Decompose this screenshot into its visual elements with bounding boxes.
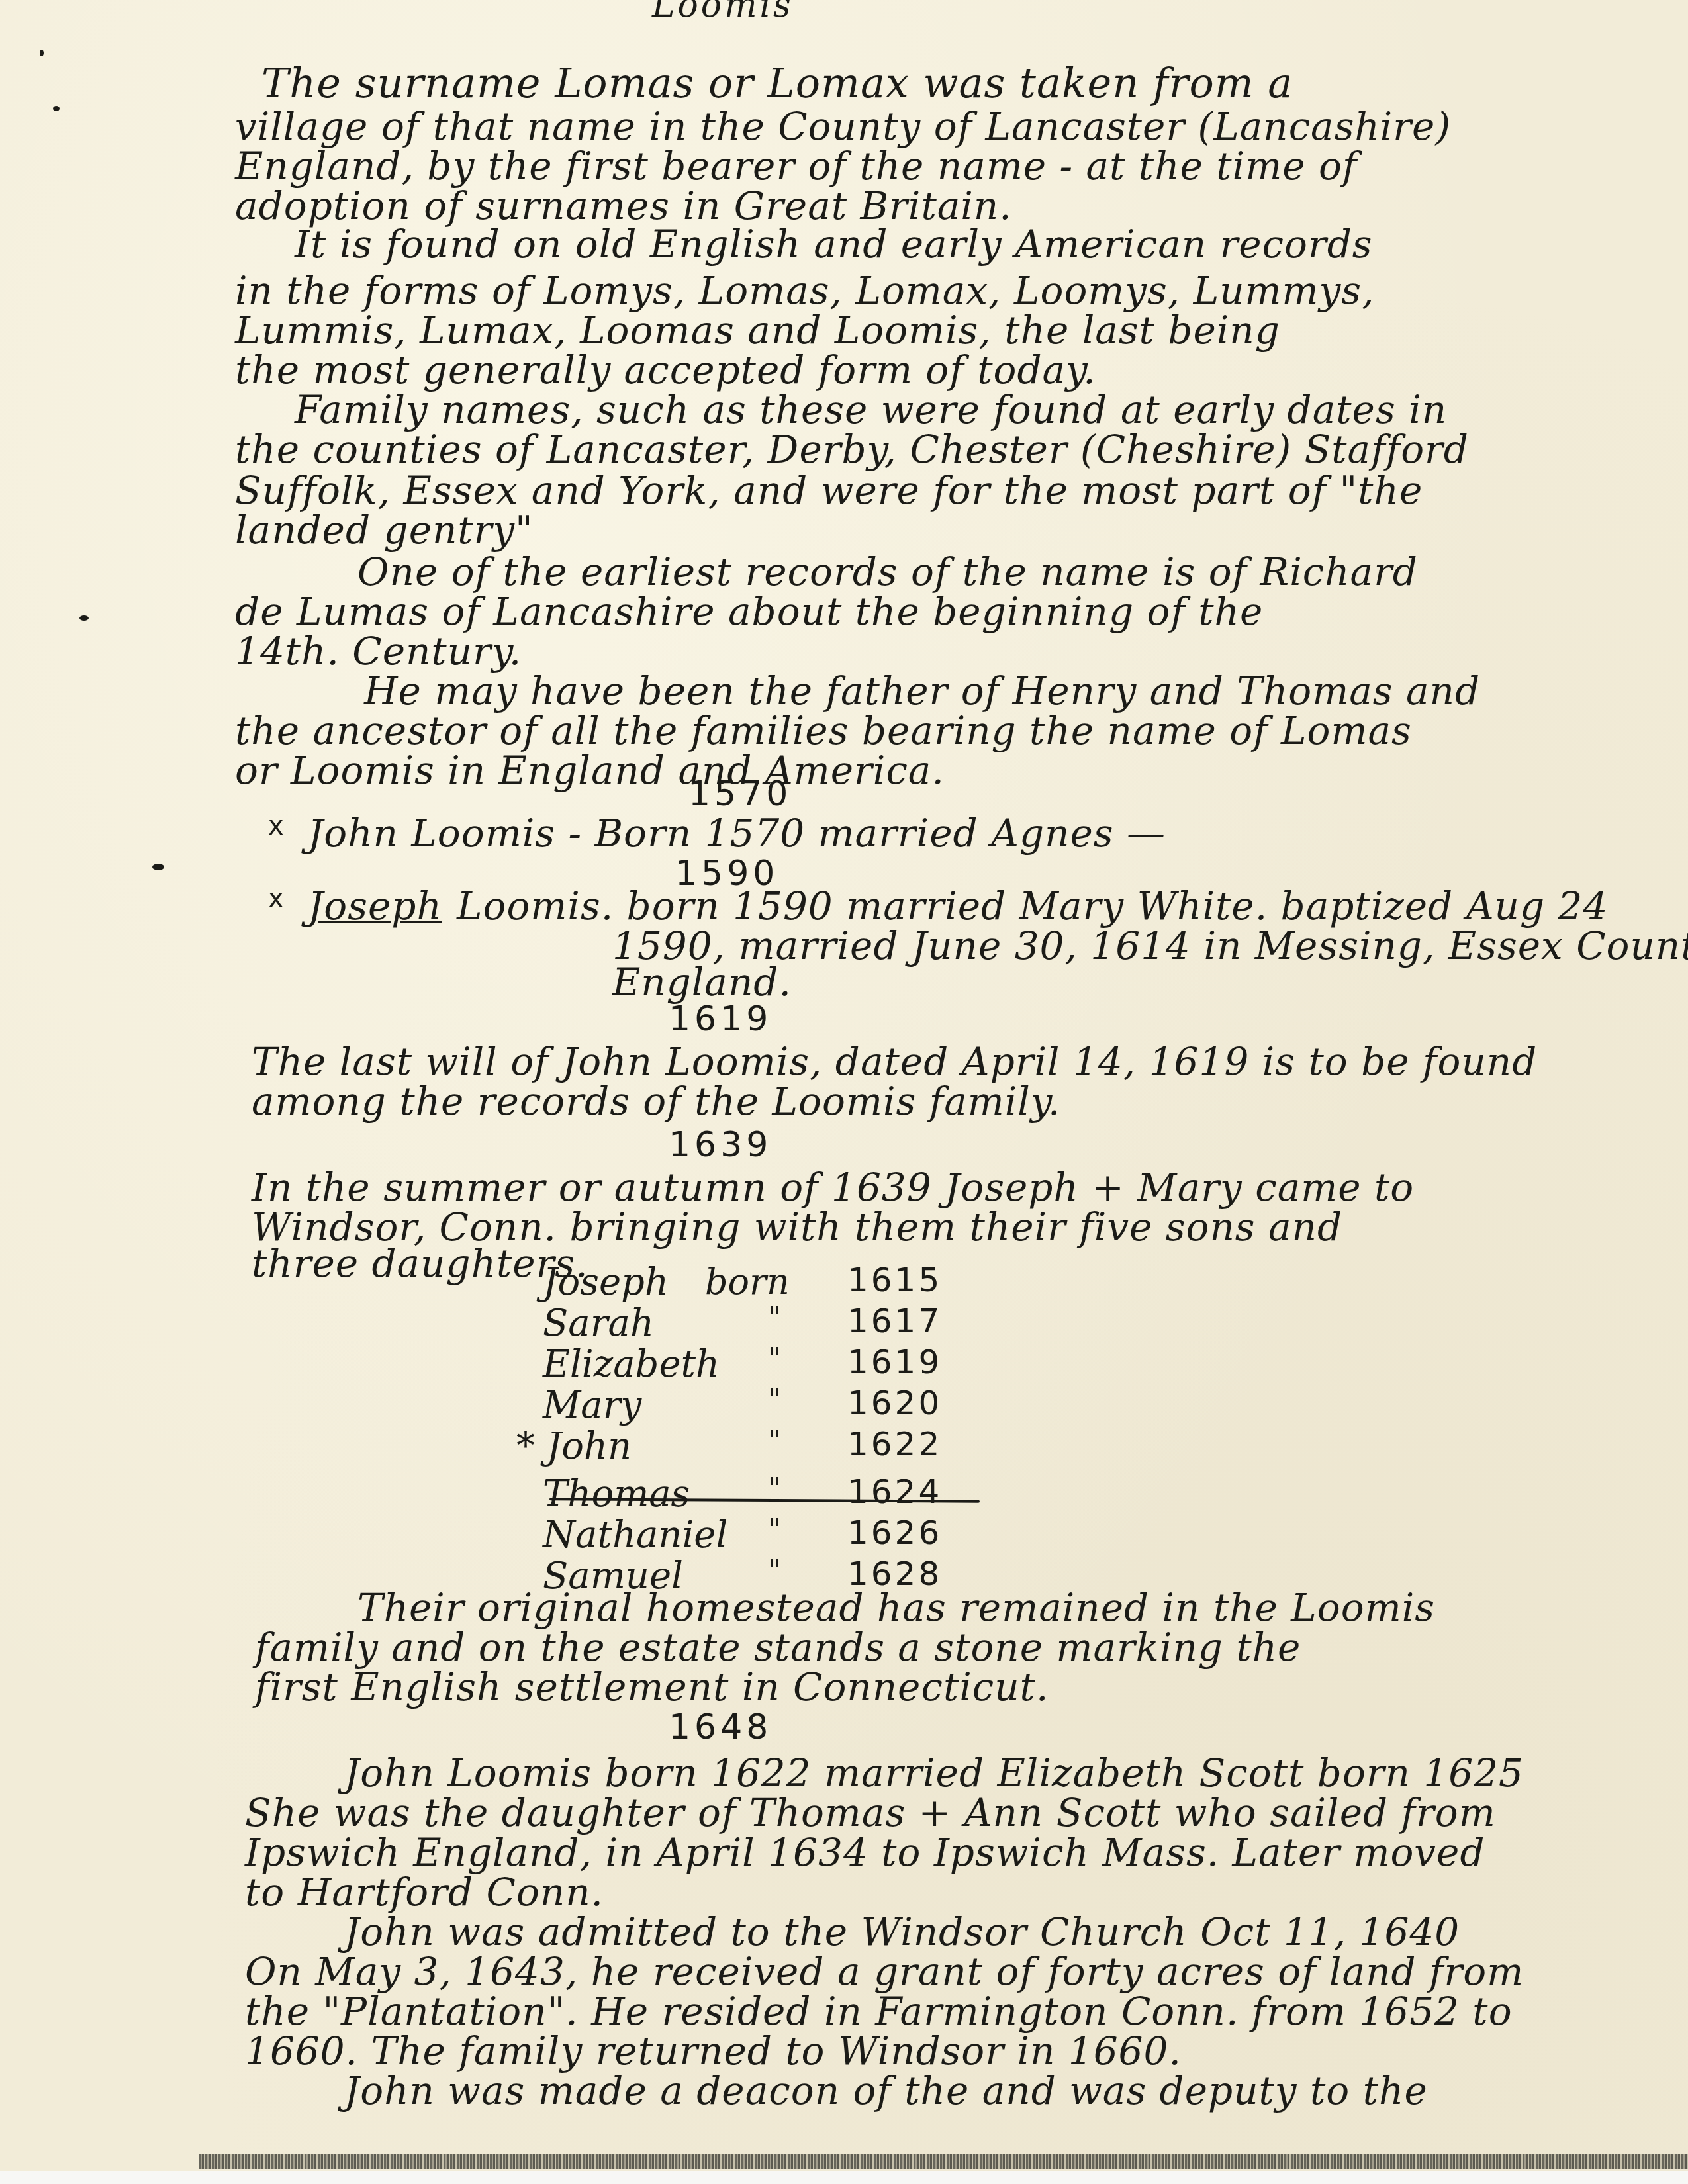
ditto-mark: " <box>768 1384 781 1418</box>
text-line: three daughters. <box>252 1244 588 1283</box>
margin-speck <box>53 106 60 111</box>
text-line: de Lumas of Lancashire about the beginni… <box>235 592 1263 631</box>
text-line: John Loomis - Born 1570 married Agnes — <box>308 814 1166 852</box>
child-year: 1620 <box>847 1384 942 1422</box>
text-line: It is found on old English and early Ame… <box>295 225 1373 263</box>
scan-border <box>0 2171 1688 2184</box>
year-heading: 1648 <box>669 1707 772 1747</box>
child-name: * John <box>516 1425 632 1468</box>
text-line: John was made a deacon of the and was de… <box>344 2071 1428 2110</box>
margin-speck <box>40 50 44 56</box>
ditto-mark: " <box>768 1302 781 1336</box>
text-line: Loomis. born 1590 married Mary White. ba… <box>457 887 1608 925</box>
text-line: family and on the estate stands a stone … <box>255 1628 1301 1666</box>
text-line: to Hartford Conn. <box>245 1873 604 1911</box>
bullet-x-marker: x <box>268 884 284 914</box>
text-line: or Loomis in England and America. <box>235 751 945 790</box>
text-line: The surname Lomas or Lomax was taken fro… <box>261 63 1293 104</box>
year-heading: 1639 <box>669 1125 772 1165</box>
text-line: John was admitted to the Windsor Church … <box>344 1913 1460 1951</box>
bullet-x-marker: x <box>268 811 284 841</box>
text-line: Family names, such as these were found a… <box>295 390 1447 429</box>
ditto-mark: " <box>768 1425 781 1459</box>
child-year: 1617 <box>847 1302 942 1340</box>
torn-paper-edge <box>199 2154 1688 2169</box>
year-heading: 1619 <box>669 999 772 1039</box>
text-line: among the records of the Loomis family. <box>252 1082 1060 1120</box>
child-name: Thomas <box>543 1473 690 1516</box>
child-name: Elizabeth <box>543 1343 720 1386</box>
text-line: Their original homestead has remained in… <box>357 1588 1435 1627</box>
child-year: 1619 <box>847 1343 942 1381</box>
text-line: Lummis, Lumax, Loomas and Loomis, the la… <box>235 311 1280 349</box>
page-title-fragment: Loomis <box>652 0 794 25</box>
text-line: the "Plantation". He resided in Farmingt… <box>245 1992 1513 2030</box>
child-year: 1626 <box>847 1514 942 1552</box>
ditto-mark: " <box>768 1555 781 1588</box>
text-line: England, by the first bearer of the name… <box>235 147 1357 185</box>
ditto-mark: " <box>768 1343 781 1377</box>
ditto-mark: " <box>768 1514 781 1547</box>
child-year: 1624 <box>847 1473 942 1511</box>
text-line: the counties of Lancaster, Derby, Cheste… <box>235 430 1469 469</box>
text-line: The last will of John Loomis, dated Apri… <box>252 1042 1537 1081</box>
child-name: Nathaniel <box>543 1514 727 1557</box>
child-year: 1622 <box>847 1425 942 1463</box>
margin-speck <box>79 615 89 621</box>
child-year: 1615 <box>847 1261 942 1299</box>
text-line: landed gentry" <box>235 511 534 549</box>
child-born-label: born <box>705 1261 790 1302</box>
text-line: village of that name in the County of La… <box>235 107 1451 146</box>
year-heading: 1570 <box>688 774 792 814</box>
text-line: He may have been the father of Henry and… <box>364 672 1480 710</box>
margin-speck <box>152 864 164 870</box>
child-name: Mary <box>543 1384 641 1427</box>
text-line: John Loomis born 1622 married Elizabeth … <box>344 1754 1524 1792</box>
text-line: England. <box>612 963 792 1001</box>
text-line: in the forms of Lomys, Lomas, Lomax, Loo… <box>235 271 1375 310</box>
text-line: 14th. Century. <box>235 632 522 670</box>
text-line: Ipswich England, in April 1634 to Ipswic… <box>245 1833 1485 1872</box>
text-line: Suffolk, Essex and York, and were for th… <box>235 471 1423 510</box>
child-name: Sarah <box>543 1302 654 1345</box>
text-line: adoption of surnames in Great Britain. <box>235 187 1012 225</box>
child-name: Joseph <box>543 1261 669 1304</box>
underlined-name: Joseph <box>308 887 442 925</box>
text-line: the ancestor of all the families bearing… <box>235 711 1412 750</box>
text-line: She was the daughter of Thomas + Ann Sco… <box>245 1794 1496 1832</box>
text-line: first English settlement in Connecticut. <box>255 1668 1049 1706</box>
text-line: 1660. The family returned to Windsor in … <box>245 2032 1182 2070</box>
text-line: On May 3, 1643, he received a grant of f… <box>245 1952 1524 1991</box>
text-line: In the summer or autumn of 1639 Joseph +… <box>252 1168 1414 1206</box>
text-line: the most generally accepted form of toda… <box>235 351 1096 389</box>
text-line: One of the earliest records of the name … <box>357 553 1418 591</box>
